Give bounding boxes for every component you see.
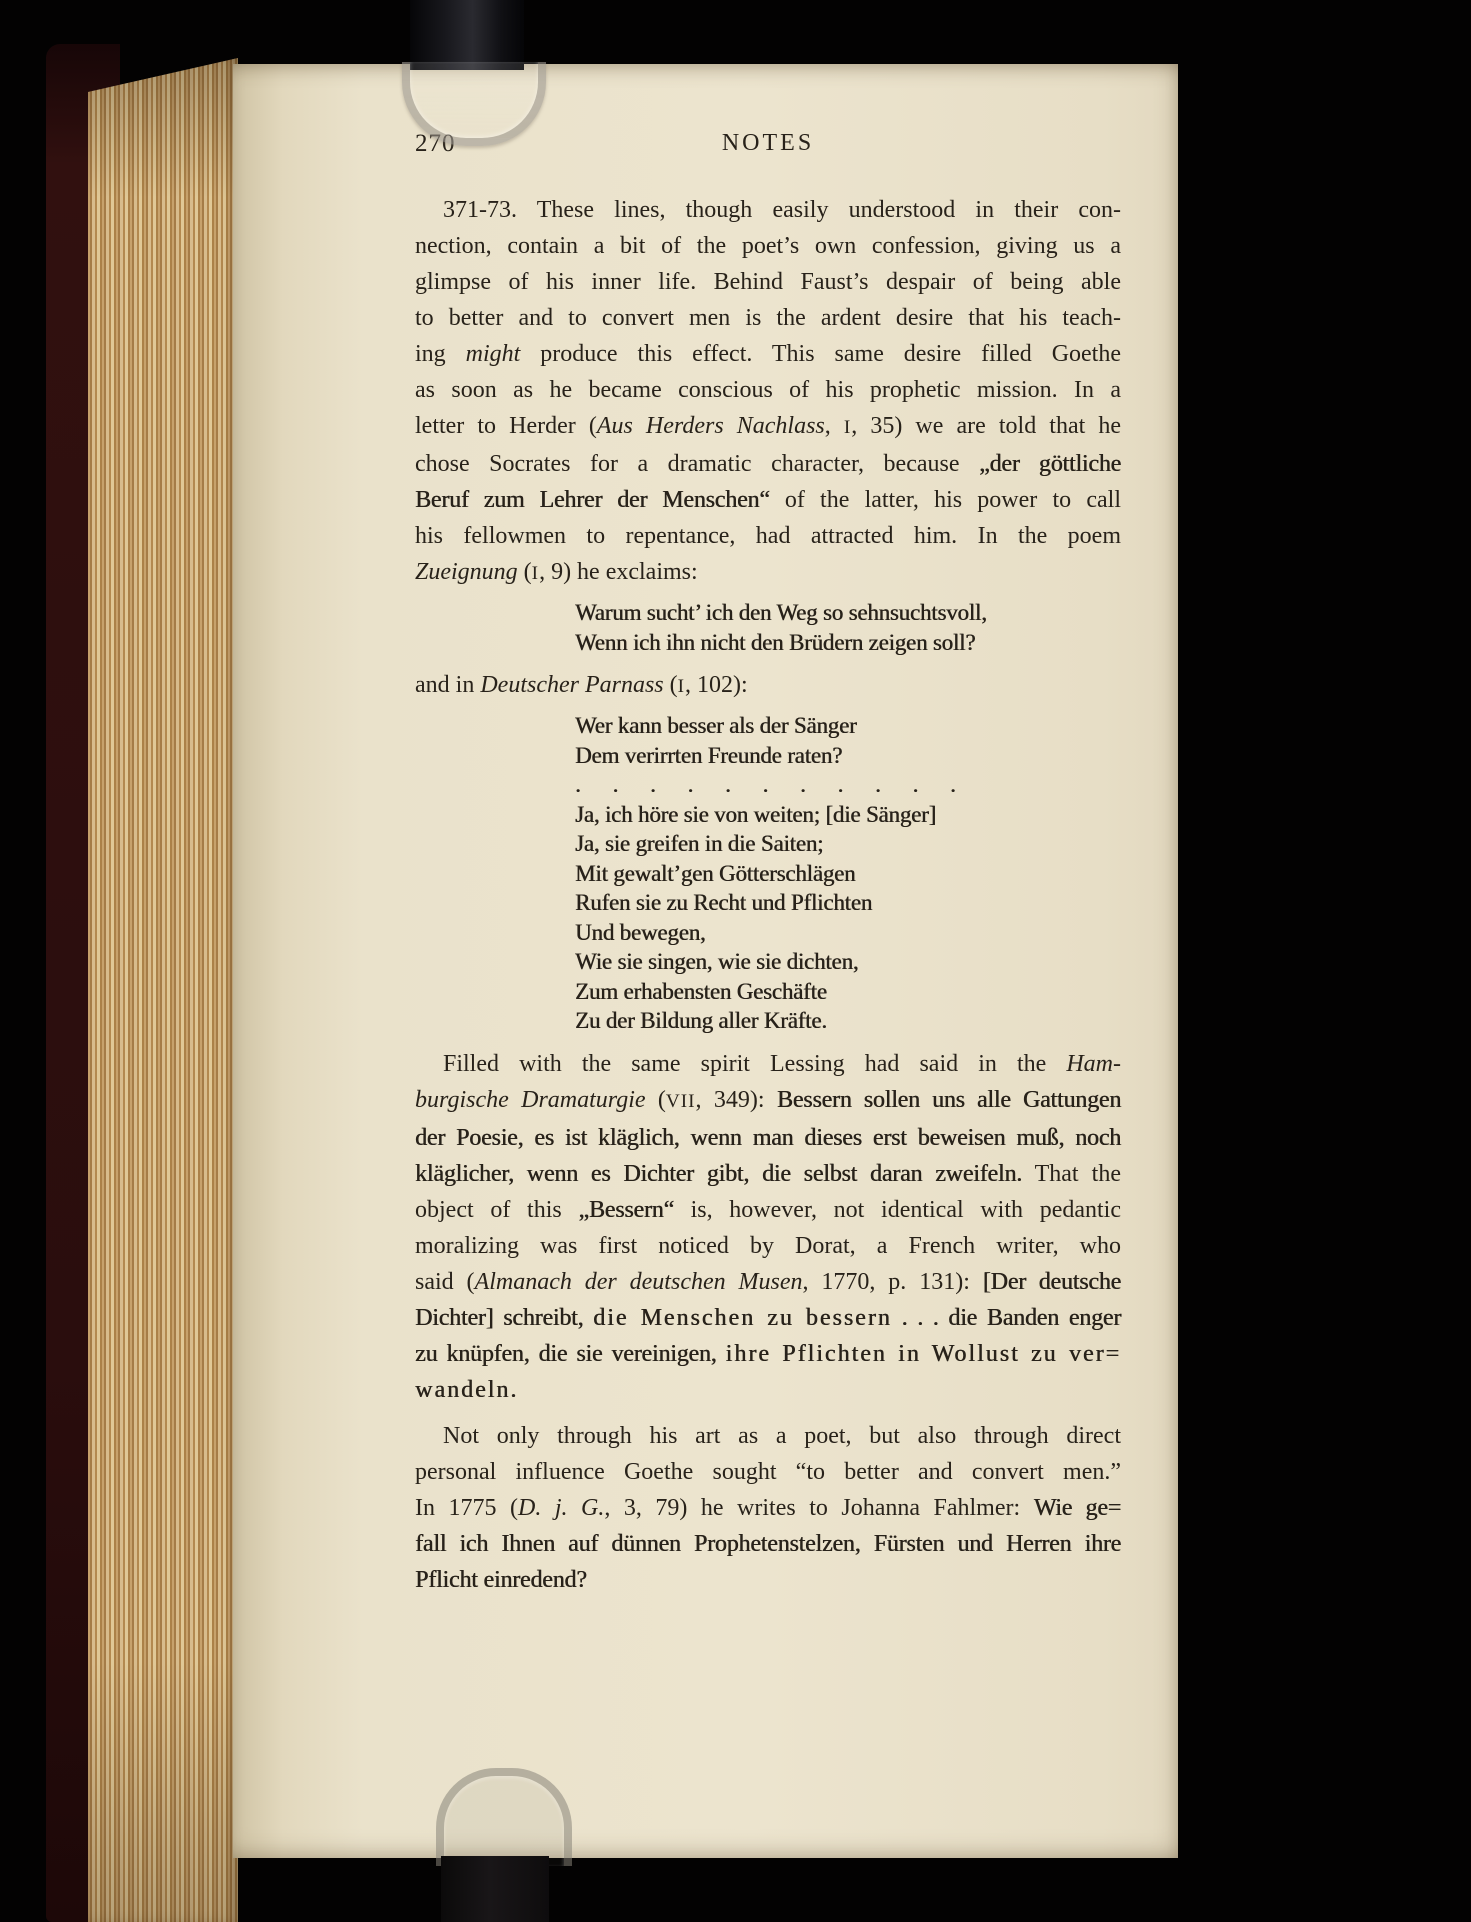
text-run: object of this — [415, 1197, 578, 1223]
text-run: Bessern sollen uns alle Gattungen — [777, 1087, 1121, 1113]
text-run: . . . die Banden enger — [892, 1305, 1121, 1331]
text-run: I — [678, 676, 685, 697]
text-run: produce this effect. This same desire fi… — [520, 341, 1121, 367]
text-run: , 102): — [685, 672, 748, 698]
para-personal-influence-line-5: Pflicht einredend? — [415, 1562, 1121, 1598]
text-run: chose Socrates for a dramatic character,… — [415, 451, 979, 477]
text-run: Ja, ich höre sie von weiten; [die Sänger… — [575, 802, 936, 827]
text-run: Dichter] schreibt, — [415, 1305, 593, 1331]
text-run: wandeln. — [415, 1377, 518, 1403]
text-run: fall ich Ihnen auf dünnen Prophetenstelz… — [415, 1531, 1121, 1557]
text-run: I — [532, 563, 539, 584]
para-personal-influence-line-4: fall ich Ihnen auf dünnen Prophetenstelz… — [415, 1526, 1121, 1562]
text-run: Wie ge= — [1034, 1495, 1121, 1521]
text-run: Beruf zum Lehrer der Menschen“ — [415, 487, 770, 513]
text-run: Wie sie singen, wie sie dichten, — [575, 949, 858, 974]
para-lessing-line-2: burgische Dramaturgie (VII, 349): Besser… — [415, 1082, 1121, 1120]
para-personal-influence: Not only through his art as a poet, but … — [415, 1418, 1121, 1598]
text-run: Zum erhabensten Geschäfte — [575, 979, 827, 1004]
para-371-73-line-6: as soon as he became conscious of his pr… — [415, 372, 1121, 408]
para-371-73-line-5: ing might produce this effect. This same… — [415, 336, 1121, 372]
text-run: [Der deutsche — [983, 1269, 1121, 1295]
para-lessing-line-3: der Poesie, es ist kläglich, wenn man di… — [415, 1120, 1121, 1156]
text-run: personal influence Goethe sought “to bet… — [415, 1459, 1121, 1485]
text-run: Wenn ich ihn nicht den Brüdern zeigen so… — [575, 630, 975, 655]
para-lessing-line-5: object of this „Bessern“ is, however, no… — [415, 1192, 1121, 1228]
text-run: die Menschen zu bessern — [593, 1305, 892, 1331]
para-371-73-line-1: 371-73. These lines, though easily under… — [415, 192, 1121, 228]
verse-deutscher-parnass-line-6: Mit gewalt’gen Götterschlägen — [575, 859, 1121, 889]
text-run: Dem verirrten Freunde raten? — [575, 743, 842, 768]
text-run: . . . . . . . . . . . — [575, 772, 956, 797]
text-run: , — [825, 413, 844, 439]
para-lessing-line-6: moralizing was first noticed by Dorat, a… — [415, 1228, 1121, 1264]
text-column: 371-73. These lines, though easily under… — [415, 192, 1121, 1598]
text-run: might — [466, 341, 521, 367]
text-run: , 3, 79) he writes to Johanna Fahlmer: — [604, 1495, 1033, 1521]
text-run: moralizing was first noticed by Dorat, a… — [415, 1233, 1121, 1259]
text-run: zu knüpfen, die sie vereinigen, — [415, 1341, 726, 1367]
text-run: Almanach der deutschen Musen — [475, 1269, 803, 1295]
text-run: D. j. G. — [518, 1495, 604, 1521]
text-run: Not only through his art as a poet, but … — [443, 1423, 1121, 1449]
verse-deutscher-parnass-line-7: Rufen sie zu Recht und Pflichten — [575, 888, 1121, 918]
text-run: nection, contain a bit of the poet’s own… — [415, 233, 1121, 259]
verse-deutscher-parnass-line-1: Wer kann besser als der Sänger — [575, 711, 1121, 741]
text-run: , 1770, p. 131): — [803, 1269, 983, 1295]
para-371-73-line-8: chose Socrates for a dramatic character,… — [415, 446, 1121, 482]
para-lessing: Filled with the same spirit Lessing had … — [415, 1046, 1121, 1408]
verse-deutscher-parnass-line-8: Und bewegen, — [575, 918, 1121, 948]
text-run: Mit gewalt’gen Götterschlägen — [575, 861, 855, 886]
para-371-73-line-7: letter to Herder (Aus Herders Nachlass, … — [415, 408, 1121, 446]
verse-deutscher-parnass-line-9: Wie sie singen, wie sie dichten, — [575, 947, 1121, 977]
text-run: glimpse of his inner life. Behind Faust’… — [415, 269, 1121, 295]
text-run: ing — [415, 341, 466, 367]
text-run: Zueignung — [415, 559, 518, 585]
text-run: his fellowmen to repentance, had attract… — [415, 523, 1121, 549]
book-page: 270 NOTES 371-73. These lines, though ea… — [233, 64, 1178, 1858]
para-371-73: 371-73. These lines, though easily under… — [415, 192, 1121, 592]
text-run: said ( — [415, 1269, 475, 1295]
text-run: letter to Herder ( — [415, 413, 597, 439]
top-strap — [410, 0, 524, 70]
verse-deutscher-parnass: Wer kann besser als der SängerDem verirr… — [575, 711, 1121, 1036]
text-run: Pflicht einredend? — [415, 1567, 587, 1593]
text-run: to better and to convert men is the arde… — [415, 305, 1121, 331]
para-371-73-line-3: glimpse of his inner life. Behind Faust’… — [415, 264, 1121, 300]
text-run: Und bewegen, — [575, 920, 705, 945]
text-run: Zu der Bildung aller Kräfte. — [575, 1008, 827, 1033]
text-run: That the — [1022, 1161, 1121, 1187]
text-run: is, however, not identical with pedantic — [674, 1197, 1121, 1223]
text-run: 371-73. These lines, though easily under… — [443, 197, 1121, 223]
verse-deutscher-parnass-line-3: . . . . . . . . . . . — [575, 770, 1121, 800]
text-run: ( — [646, 1087, 666, 1113]
para-371-73-line-2: nection, contain a bit of the poet’s own… — [415, 228, 1121, 264]
para-deutscher-parnass-intro-line-1: and in Deutscher Parnass (I, 102): — [415, 667, 1121, 705]
verse-zueignung: Warum sucht’ ich den Weg so sehnsuchtsvo… — [575, 598, 1121, 657]
text-run: kläglicher, wenn es Dichter gibt, die se… — [415, 1161, 1022, 1187]
text-run: In 1775 ( — [415, 1495, 518, 1521]
text-run: , 9) he exclaims: — [539, 559, 698, 585]
para-deutscher-parnass-intro: and in Deutscher Parnass (I, 102): — [415, 667, 1121, 705]
text-run: ( — [664, 672, 678, 698]
text-run: ( — [518, 559, 532, 585]
para-lessing-line-10: wandeln. — [415, 1372, 1121, 1408]
text-run: der Poesie, es ist kläglich, wenn man di… — [415, 1125, 1121, 1151]
verse-deutscher-parnass-line-2: Dem verirrten Freunde raten? — [575, 741, 1121, 771]
verse-deutscher-parnass-line-5: Ja, sie greifen in die Saiten; — [575, 829, 1121, 859]
running-header: NOTES — [415, 130, 1121, 157]
para-lessing-line-8: Dichter] schreibt, die Menschen zu besse… — [415, 1300, 1121, 1336]
text-run: Aus Herders Nachlass — [597, 413, 825, 439]
page-header: 270 NOTES — [415, 130, 1121, 160]
verse-deutscher-parnass-line-11: Zu der Bildung aller Kräfte. — [575, 1006, 1121, 1036]
para-lessing-line-4: kläglicher, wenn es Dichter gibt, die se… — [415, 1156, 1121, 1192]
text-run: Ham- — [1066, 1051, 1121, 1077]
text-run: Filled with the same spirit Lessing had … — [443, 1051, 1066, 1077]
para-lessing-line-7: said (Almanach der deutschen Musen, 1770… — [415, 1264, 1121, 1300]
text-run: , 349): — [696, 1087, 777, 1113]
text-run: and in — [415, 672, 480, 698]
para-371-73-line-4: to better and to convert men is the arde… — [415, 300, 1121, 336]
fanned-page-edges — [88, 58, 238, 1922]
para-lessing-line-9: zu knüpfen, die sie vereinigen, ihre Pfl… — [415, 1336, 1121, 1372]
para-371-73-line-9: Beruf zum Lehrer der Menschen“ of the la… — [415, 482, 1121, 518]
verse-zueignung-line-1: Warum sucht’ ich den Weg so sehnsuchtsvo… — [575, 598, 1121, 628]
text-run: „der göttliche — [979, 451, 1121, 477]
text-run: ihre Pflichten in Wollust zu ver= — [726, 1341, 1121, 1367]
para-371-73-line-10: his fellowmen to repentance, had attract… — [415, 518, 1121, 554]
text-run: Ja, sie greifen in die Saiten; — [575, 831, 823, 856]
text-run: as soon as he became conscious of his pr… — [415, 377, 1121, 403]
text-run: Rufen sie zu Recht und Pflichten — [575, 890, 872, 915]
verse-deutscher-parnass-line-4: Ja, ich höre sie von weiten; [die Sänger… — [575, 800, 1121, 830]
photographed-book-scene: 270 NOTES 371-73. These lines, though ea… — [0, 0, 1471, 1922]
text-run: Deutscher Parnass — [480, 672, 663, 698]
text-run: Warum sucht’ ich den Weg so sehnsuchtsvo… — [575, 600, 987, 625]
text-run: Wer kann besser als der Sänger — [575, 713, 856, 738]
verse-zueignung-line-2: Wenn ich ihn nicht den Brüdern zeigen so… — [575, 628, 1121, 658]
verse-deutscher-parnass-line-10: Zum erhabensten Geschäfte — [575, 977, 1121, 1007]
para-personal-influence-line-1: Not only through his art as a poet, but … — [415, 1418, 1121, 1454]
bottom-strap — [441, 1856, 549, 1922]
para-371-73-line-11: Zueignung (I, 9) he exclaims: — [415, 554, 1121, 592]
text-run: burgische Dramaturgie — [415, 1087, 646, 1113]
text-run: , 35) we are told that he — [851, 413, 1121, 439]
para-personal-influence-line-2: personal influence Goethe sought “to bet… — [415, 1454, 1121, 1490]
bottom-clip-loop — [436, 1768, 572, 1866]
text-run: „Bessern“ — [578, 1197, 674, 1223]
text-run: VII — [666, 1091, 696, 1112]
para-personal-influence-line-3: In 1775 (D. j. G., 3, 79) he writes to J… — [415, 1490, 1121, 1526]
text-run: of the latter, his power to call — [770, 487, 1121, 513]
para-lessing-line-1: Filled with the same spirit Lessing had … — [415, 1046, 1121, 1082]
